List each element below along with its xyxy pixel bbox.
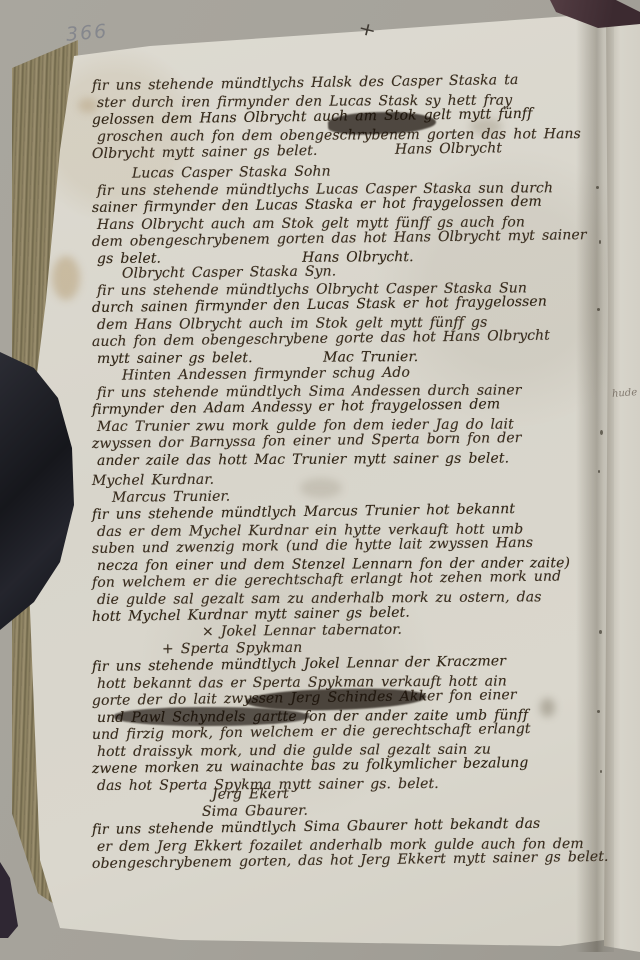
dirt-speck (596, 186, 599, 189)
dirt-speck (599, 240, 601, 244)
entry-section: Olbrycht Casper Staska Syn. fir uns steh… (92, 266, 588, 368)
facing-page-text: hude (612, 387, 638, 400)
paper-stain (52, 256, 80, 300)
text-line: ander zaile das hott Mac Trunier mytt sa… (97, 450, 588, 470)
dirt-speck (600, 430, 603, 435)
entry-section: Lucas Casper Staska Sohn fir uns stehend… (92, 166, 588, 268)
dirt-speck (599, 630, 602, 634)
entry-section: Jerg Ekert Sima Gbaurer. fir uns stehend… (92, 788, 588, 873)
dirt-speck (597, 710, 600, 713)
entry-section: Hinten Andessen firmynder schug Ado fir … (92, 368, 588, 470)
dirt-speck (598, 470, 600, 473)
folio-number: 366 (65, 20, 109, 46)
entry-section: Mychel Kurdnar. Marcus Trunier. fir uns … (92, 473, 588, 626)
dirt-speck (600, 770, 602, 773)
dirt-speck (597, 308, 600, 311)
leather-cover-corner-bottom (0, 858, 20, 940)
photo-of-manuscript: hude 366 + fir uns stehende mündtlychs H… (0, 0, 640, 960)
